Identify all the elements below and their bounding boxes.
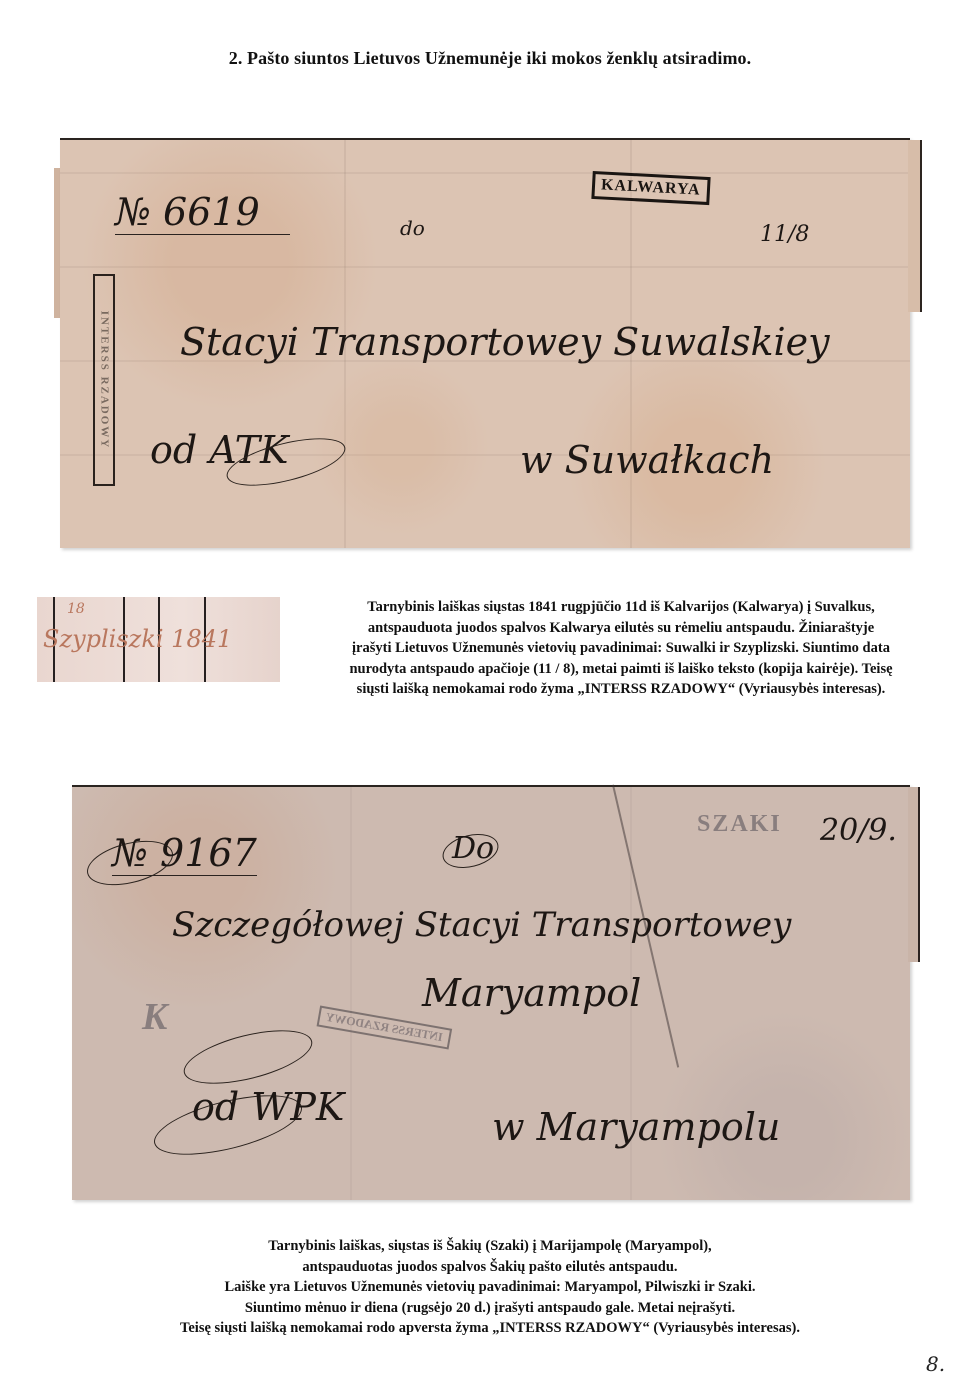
letter-szaki-image: SZAKI INTERSS RZADOWY K 20/9. № 9167 Do … [72, 785, 910, 1200]
szaki-postmark: SZAKI [697, 811, 782, 838]
ledger-copy-thumbnail: 18 Szypliszki 1841 [37, 597, 280, 682]
caption-line: Tarnybinis laiškas, siųstas iš Šakių (Sz… [100, 1236, 880, 1257]
letter-kalwarya-image: KALWARYA INTERSS RZADOWY № 6619 11/8 do … [60, 138, 910, 548]
caption-line: Tarnybinis laiškas siųstas 1841 rugpjūči… [288, 597, 954, 618]
caption-letter-1: Tarnybinis laiškas siųstas 1841 rugpjūči… [288, 597, 954, 700]
address-prefix-handwriting: Do [452, 831, 494, 866]
ledger-entry-text: Szypliszki 1841 [43, 625, 232, 653]
caption-line: antspauduota juodos spalvos Kalwarya eil… [288, 618, 954, 639]
date-mark-handwriting: 20/9. [820, 813, 897, 848]
caption-letter-2: Tarnybinis laiškas, siųstas iš Šakių (Sz… [100, 1236, 880, 1339]
ledger-marginal-text: 18 [67, 601, 85, 617]
date-mark-handwriting: 11/8 [760, 222, 809, 247]
address-city-handwriting: w Suwałkach [520, 438, 774, 482]
address-line-handwriting: Szczegółowej Stacyi Transportowey [172, 905, 791, 945]
caption-line: nurodyta antspaudo apačioje (11 / 8), me… [288, 659, 954, 680]
address-line-handwriting: Stacyi Transportowey Suwalskiey [180, 320, 830, 364]
address-destination-handwriting: w Maryampolu [492, 1105, 780, 1149]
page-title: 2. Pašto siuntos Lietuvos Užnemunėje iki… [0, 48, 980, 69]
address-prefix-handwriting: do [400, 216, 425, 240]
marginal-mark: K [142, 995, 169, 1039]
caption-line: Teisę siųsti laišką nemokamai rodo apver… [100, 1318, 880, 1339]
page-number: 8. [926, 1352, 945, 1376]
caption-line: siųsti laišką nemokamai rodo žyma „INTER… [288, 679, 954, 700]
sender-handwriting: od WPK [192, 1085, 344, 1129]
letter-flap [908, 787, 920, 962]
caption-line: Laiške yra Lietuvos Užnemunės vietovių p… [100, 1277, 880, 1298]
letter-flap [908, 140, 922, 312]
caption-line: antspauduotas juodos spalvos Šakių pašto… [100, 1257, 880, 1278]
caption-line: įrašyti Lietuvos Užnemunės vietovių pava… [288, 638, 954, 659]
interss-rzadowy-stamp: INTERSS RZADOWY [93, 274, 115, 486]
registry-number-handwriting: № 6619 [115, 190, 290, 235]
registry-number-handwriting: № 9167 [112, 831, 257, 876]
caption-line: Siuntimo mėnuo ir diena (rugsėjo 20 d.) … [100, 1298, 880, 1319]
address-city-handwriting: Maryampol [422, 971, 641, 1015]
